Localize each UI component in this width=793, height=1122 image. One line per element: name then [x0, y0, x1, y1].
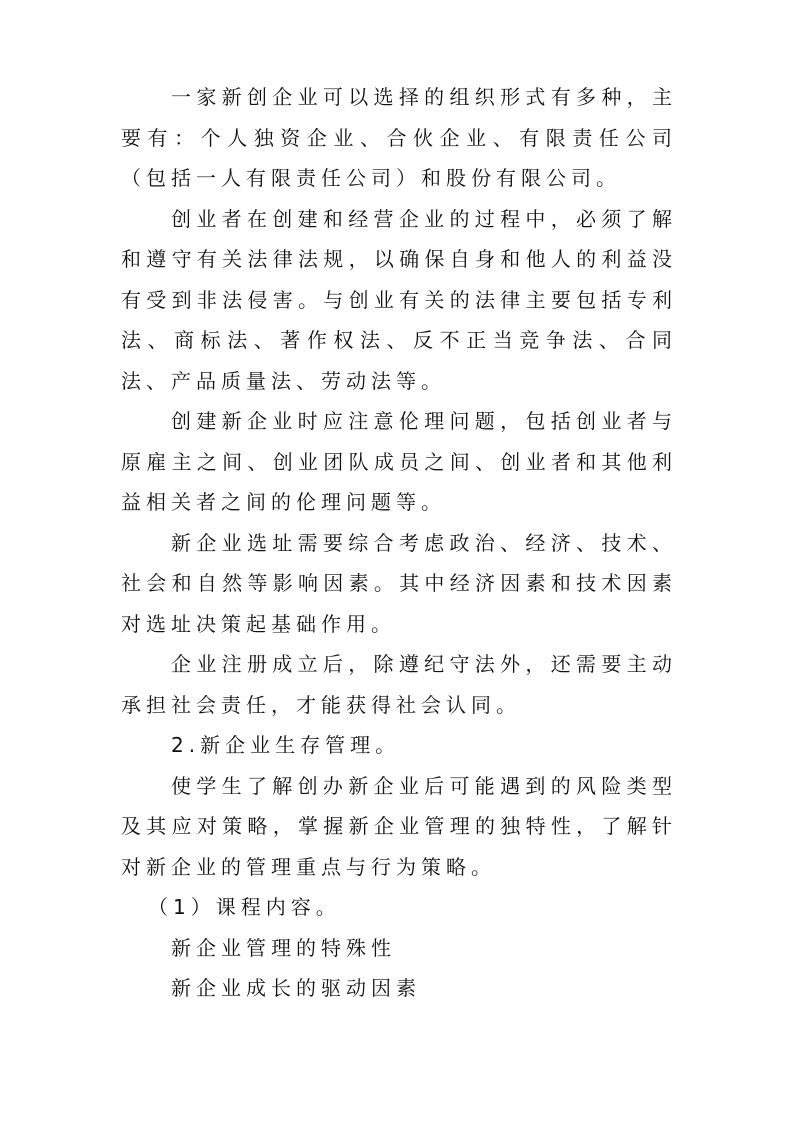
- paragraph-learning-objectives: 使学生了解创办新企业后可能遇到的风险类型及其应对策略，掌握新企业管理的独特性，了…: [121, 766, 677, 888]
- list-item-management-particularity: 新企业管理的特殊性: [121, 928, 677, 969]
- paragraph-legal-regulations: 创业者在创建和经营企业的过程中，必须了解和遵守有关法律法规，以确保自身和他人的利…: [121, 199, 677, 402]
- paragraph-site-selection: 新企业选址需要综合考虑政治、经济、技术、社会和自然等影响因素。其中经济因素和技术…: [121, 523, 677, 645]
- subheading-course-content: （1）课程内容。: [121, 887, 677, 928]
- paragraph-organization-forms: 一家新创企业可以选择的组织形式有多种，主要有：个人独资企业、合伙企业、有限责任公…: [121, 77, 677, 199]
- list-item-growth-drivers: 新企业成长的驱动因素: [121, 968, 677, 1009]
- paragraph-social-responsibility: 企业注册成立后，除遵纪守法外，还需要主动承担社会责任，才能获得社会认同。: [121, 644, 677, 725]
- section-heading-survival-management: 2.新企业生存管理。: [121, 725, 677, 766]
- paragraph-ethics: 创建新企业时应注意伦理问题，包括创业者与原雇主之间、创业团队成员之间、创业者和其…: [121, 401, 677, 523]
- document-page: 一家新创企业可以选择的组织形式有多种，主要有：个人独资企业、合伙企业、有限责任公…: [121, 77, 677, 1009]
